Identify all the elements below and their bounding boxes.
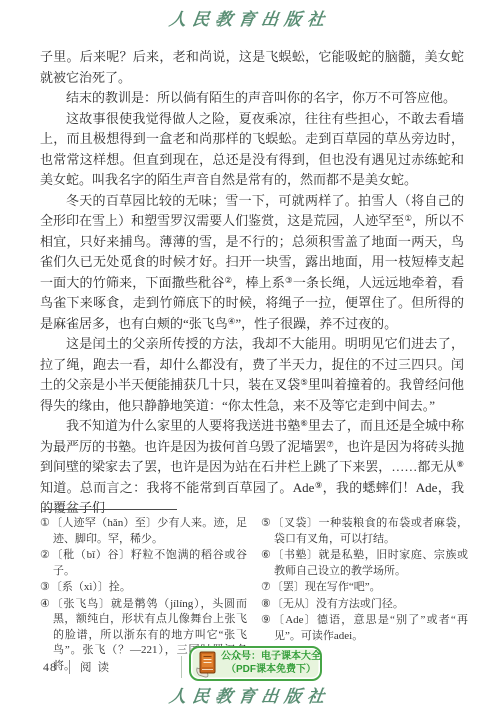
body-text: 子里。后来呢？后来，老和尚说，这是飞蜈蚣，它能吸蛇的脑髓，美女蛇就被它治死了。结… xyxy=(40,47,464,519)
footnote-text: 〔无从〕没有方法或门径。 xyxy=(272,598,404,610)
paragraph: 我不知道为什么家里的人要将我送进书塾⑥里去了，而且还是全城中称为最严厉的书塾。也… xyxy=(40,416,464,519)
paragraph: 这故事很使我觉得做人之险，夏夜乘凉，往往有些担心，不敢去看墙上，而且极想得到一盒… xyxy=(40,109,464,191)
footnote-marker: ⑨ xyxy=(261,614,272,626)
page-number: 48 xyxy=(43,660,57,675)
section-label: 阅读 xyxy=(80,659,115,675)
footnote-marker: ⑤ xyxy=(261,517,271,529)
footnote-text: 〔秕（bǐ）谷〕籽粒不饱满的稻谷或谷子。 xyxy=(52,549,247,577)
footnote-marker: ④ xyxy=(40,598,51,610)
footnote-item: ③〔系（xì）〕拴。 xyxy=(40,580,247,596)
book-in-hand-icon xyxy=(195,650,219,678)
footnote-marker: ① xyxy=(40,517,50,529)
footnote-text: 〔Ade〕德语，意思是“别了”或者“再见”。可读作adei。 xyxy=(273,614,468,642)
footnote-divider xyxy=(43,509,177,510)
publisher-logo-bottom: 人民教育出版社 xyxy=(0,682,500,706)
paragraph: 冬天的百草园比较的无味；雪一下，可就两样了。拍雪人（将自己的全形印在雪上）和塑雪… xyxy=(40,191,464,335)
footnote-text: 〔叉袋〕一种装粮食的布袋或者麻袋，袋口有叉角，可以打结。 xyxy=(272,517,468,545)
footnote-marker: ⑦ xyxy=(261,581,271,593)
footnote-item: ⑥〔书塾〕就是私塾，旧时家庭、宗族或教师自己设立的教学场所。 xyxy=(261,548,468,579)
paragraph: 这是闰土的父亲所传授的方法，我却不大能用。明明见它们进去了，拉了绳，跑去一看，却… xyxy=(40,334,464,416)
footnote-text: 〔人迹罕（hǎn）至〕少有人来。迹，足迹、脚印。罕，稀少。 xyxy=(51,517,247,545)
footnote-item: ⑧〔无从〕没有方法或门径。 xyxy=(261,597,468,613)
footnote-marker: ② xyxy=(40,549,51,561)
page-info-divider xyxy=(69,660,70,674)
badge-line2: （PDF课本免费下） xyxy=(221,664,321,677)
page-info: 48 阅读 xyxy=(43,659,115,675)
paragraph: 子里。后来呢？后来，老和尚说，这是飞蜈蚣，它能吸蛇的脑髓，美女蛇就被它治死了。 xyxy=(40,47,464,88)
footnote-item: ⑨〔Ade〕德语，意思是“别了”或者“再见”。可读作adei。 xyxy=(261,613,468,644)
wechat-account-badge[interactable]: 公众号：电子课本大全 （PDF课本免费下） xyxy=(189,646,322,681)
footnote-text: 〔系（xì）〕拴。 xyxy=(51,581,131,593)
footnote-marker: ⑧ xyxy=(261,598,271,610)
footnote-marker: ⑥ xyxy=(261,549,271,561)
footnote-marker: ③ xyxy=(40,581,50,593)
footnote-item: ⑦〔罢〕现在写作“吧”。 xyxy=(261,580,468,596)
badge-line1: 公众号：电子课本大全 xyxy=(221,651,321,664)
publisher-logo-top: 人民教育出版社 xyxy=(0,5,500,30)
badge-text: 公众号：电子课本大全 （PDF课本免费下） xyxy=(221,651,321,676)
textbook-page: 人民教育出版社 子里。后来呢？后来，老和尚说，这是飞蜈蚣，它能吸蛇的脑髓，美女蛇… xyxy=(0,0,500,706)
footnote-text: 〔罢〕现在写作“吧”。 xyxy=(272,581,381,593)
scan-artifact-line xyxy=(181,656,182,678)
footnote-item: ②〔秕（bǐ）谷〕籽粒不饱满的稻谷或谷子。 xyxy=(40,548,247,579)
footnote-text: 〔书塾〕就是私塾，旧时家庭、宗族或教师自己设立的教学场所。 xyxy=(272,549,468,577)
paragraph: 结末的教训是：所以倘有陌生的声音叫你的名字，你万不可答应他。 xyxy=(40,88,464,109)
footnote-item: ①〔人迹罕（hǎn）至〕少有人来。迹，足迹、脚印。罕，稀少。 xyxy=(40,516,247,547)
footnote-item: ⑤〔叉袋〕一种装粮食的布袋或者麻袋，袋口有叉角，可以打结。 xyxy=(261,516,468,547)
